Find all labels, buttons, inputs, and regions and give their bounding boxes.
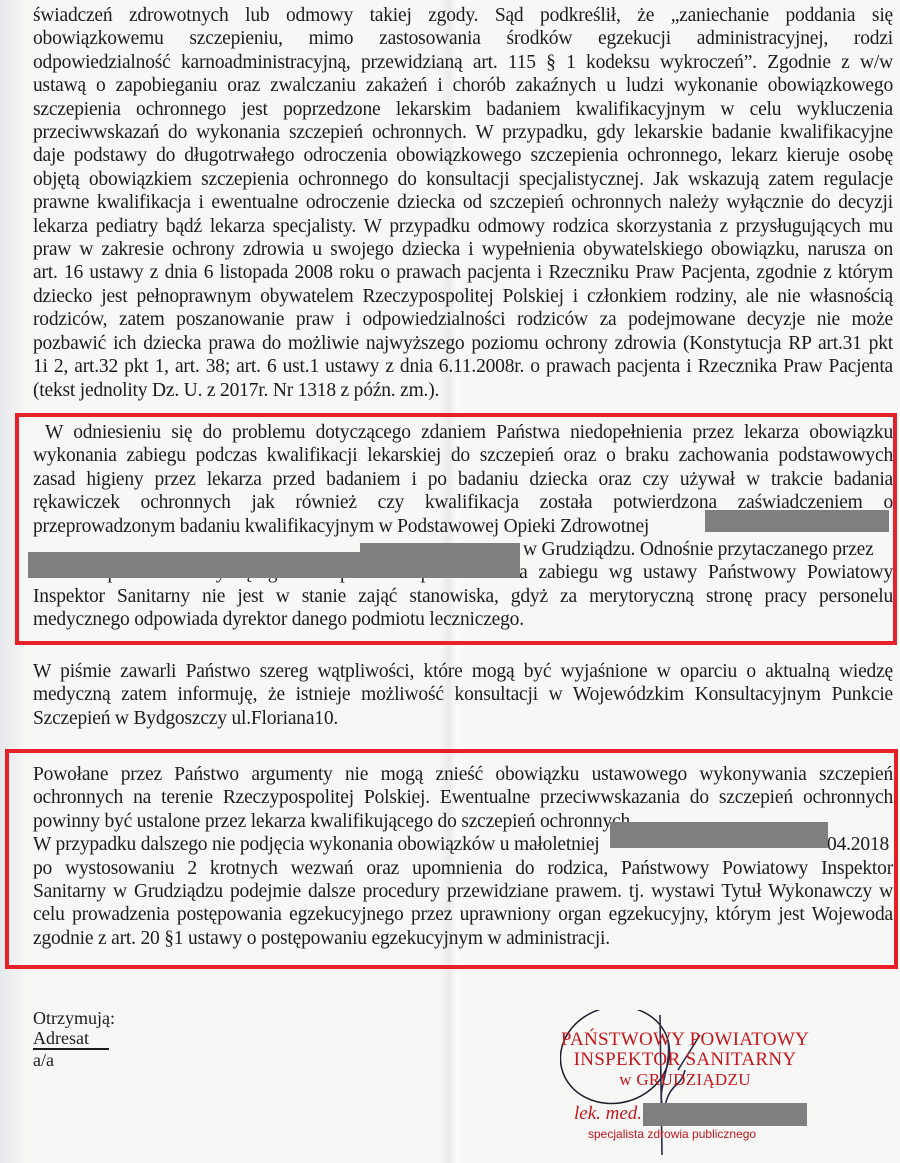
stamp-line: INSPEKTOR SANITARNY	[555, 1050, 815, 1070]
text-line: ustawą o zapobieganiu oraz zwalczaniu za…	[33, 74, 893, 97]
text-line: art. 16 ustawy z dnia 6 listopada 2008 r…	[33, 261, 893, 284]
signatory-title: specjalista zdrowia publicznego	[588, 1127, 756, 1141]
redaction-block	[360, 543, 520, 555]
official-stamp: PAŃSTWOWY POWIATOWY INSPEKTOR SANITARNY …	[555, 1030, 815, 1090]
recipient-item: a/a	[33, 1050, 115, 1070]
text-line: rodziców, zatem poszanowanie praw i odpo…	[33, 308, 893, 331]
text-line: Szczepień w Bydgoszczy ul.Floriana10.	[33, 707, 893, 730]
text-line: dziecko jest pełnoprawnym obywatelem Rze…	[33, 285, 893, 308]
text-line: przeciwwskazań do wykonania szczepień oc…	[33, 121, 893, 144]
redaction-block	[705, 510, 889, 532]
text-line: objętą obowiązkiem szczepienia ochronneg…	[33, 168, 893, 191]
signatory-prefix: lek. med.	[574, 1103, 642, 1125]
text-line: W piśmie zawarli Państwo szereg wątpliwo…	[33, 660, 893, 683]
text-line: prawne kwalifikacja i ewentualne odrocze…	[33, 191, 893, 214]
middle-paragraph: W piśmie zawarli Państwo szereg wątpliwo…	[33, 660, 893, 730]
text-line: pozbawić ich dziecka prawa do możliwie n…	[33, 332, 893, 355]
recipients-label: Otrzymują:	[33, 1008, 115, 1028]
stamp-line: w GRUDZIĄDZU	[555, 1070, 815, 1090]
text-line: obowiązkowemu szczepieniu, mimo zastosow…	[33, 27, 893, 50]
text-line: świadczeń zdrowotnych lub odmowy takiej …	[33, 4, 893, 27]
recipients-list: Otrzymują: Adresat a/a	[33, 1008, 115, 1070]
text-line: lekarza pediatry bądź lekarza specjalist…	[33, 215, 893, 238]
text-line: medyczną zatem informuję, że istnieje mo…	[33, 683, 893, 706]
text-line: praw w zakresie ochrony zdrowia u swojeg…	[33, 238, 893, 261]
intro-paragraph: świadczeń zdrowotnych lub odmowy takiej …	[33, 4, 893, 402]
text-line: odpowiedzialność karnoadministracyjną, p…	[33, 51, 893, 74]
text-line: (tekst jednolity Dz. U. z 2017r. Nr 1318…	[33, 379, 893, 402]
text-line: 1i 2, art.32 pkt 1, art. 38; art. 6 ust.…	[33, 355, 893, 378]
highlight-box-2	[5, 749, 898, 969]
redaction-block	[28, 552, 520, 578]
redaction-block	[643, 1103, 807, 1126]
recipient-item: Adresat	[33, 1028, 109, 1050]
stamp-line: PAŃSTWOWY POWIATOWY	[555, 1030, 815, 1050]
text-line: szczepienia ochronnego jest poprzedzone …	[33, 98, 893, 121]
text-line: daje podstawy do długotrwałego odroczeni…	[33, 144, 893, 167]
redaction-block	[610, 822, 828, 848]
